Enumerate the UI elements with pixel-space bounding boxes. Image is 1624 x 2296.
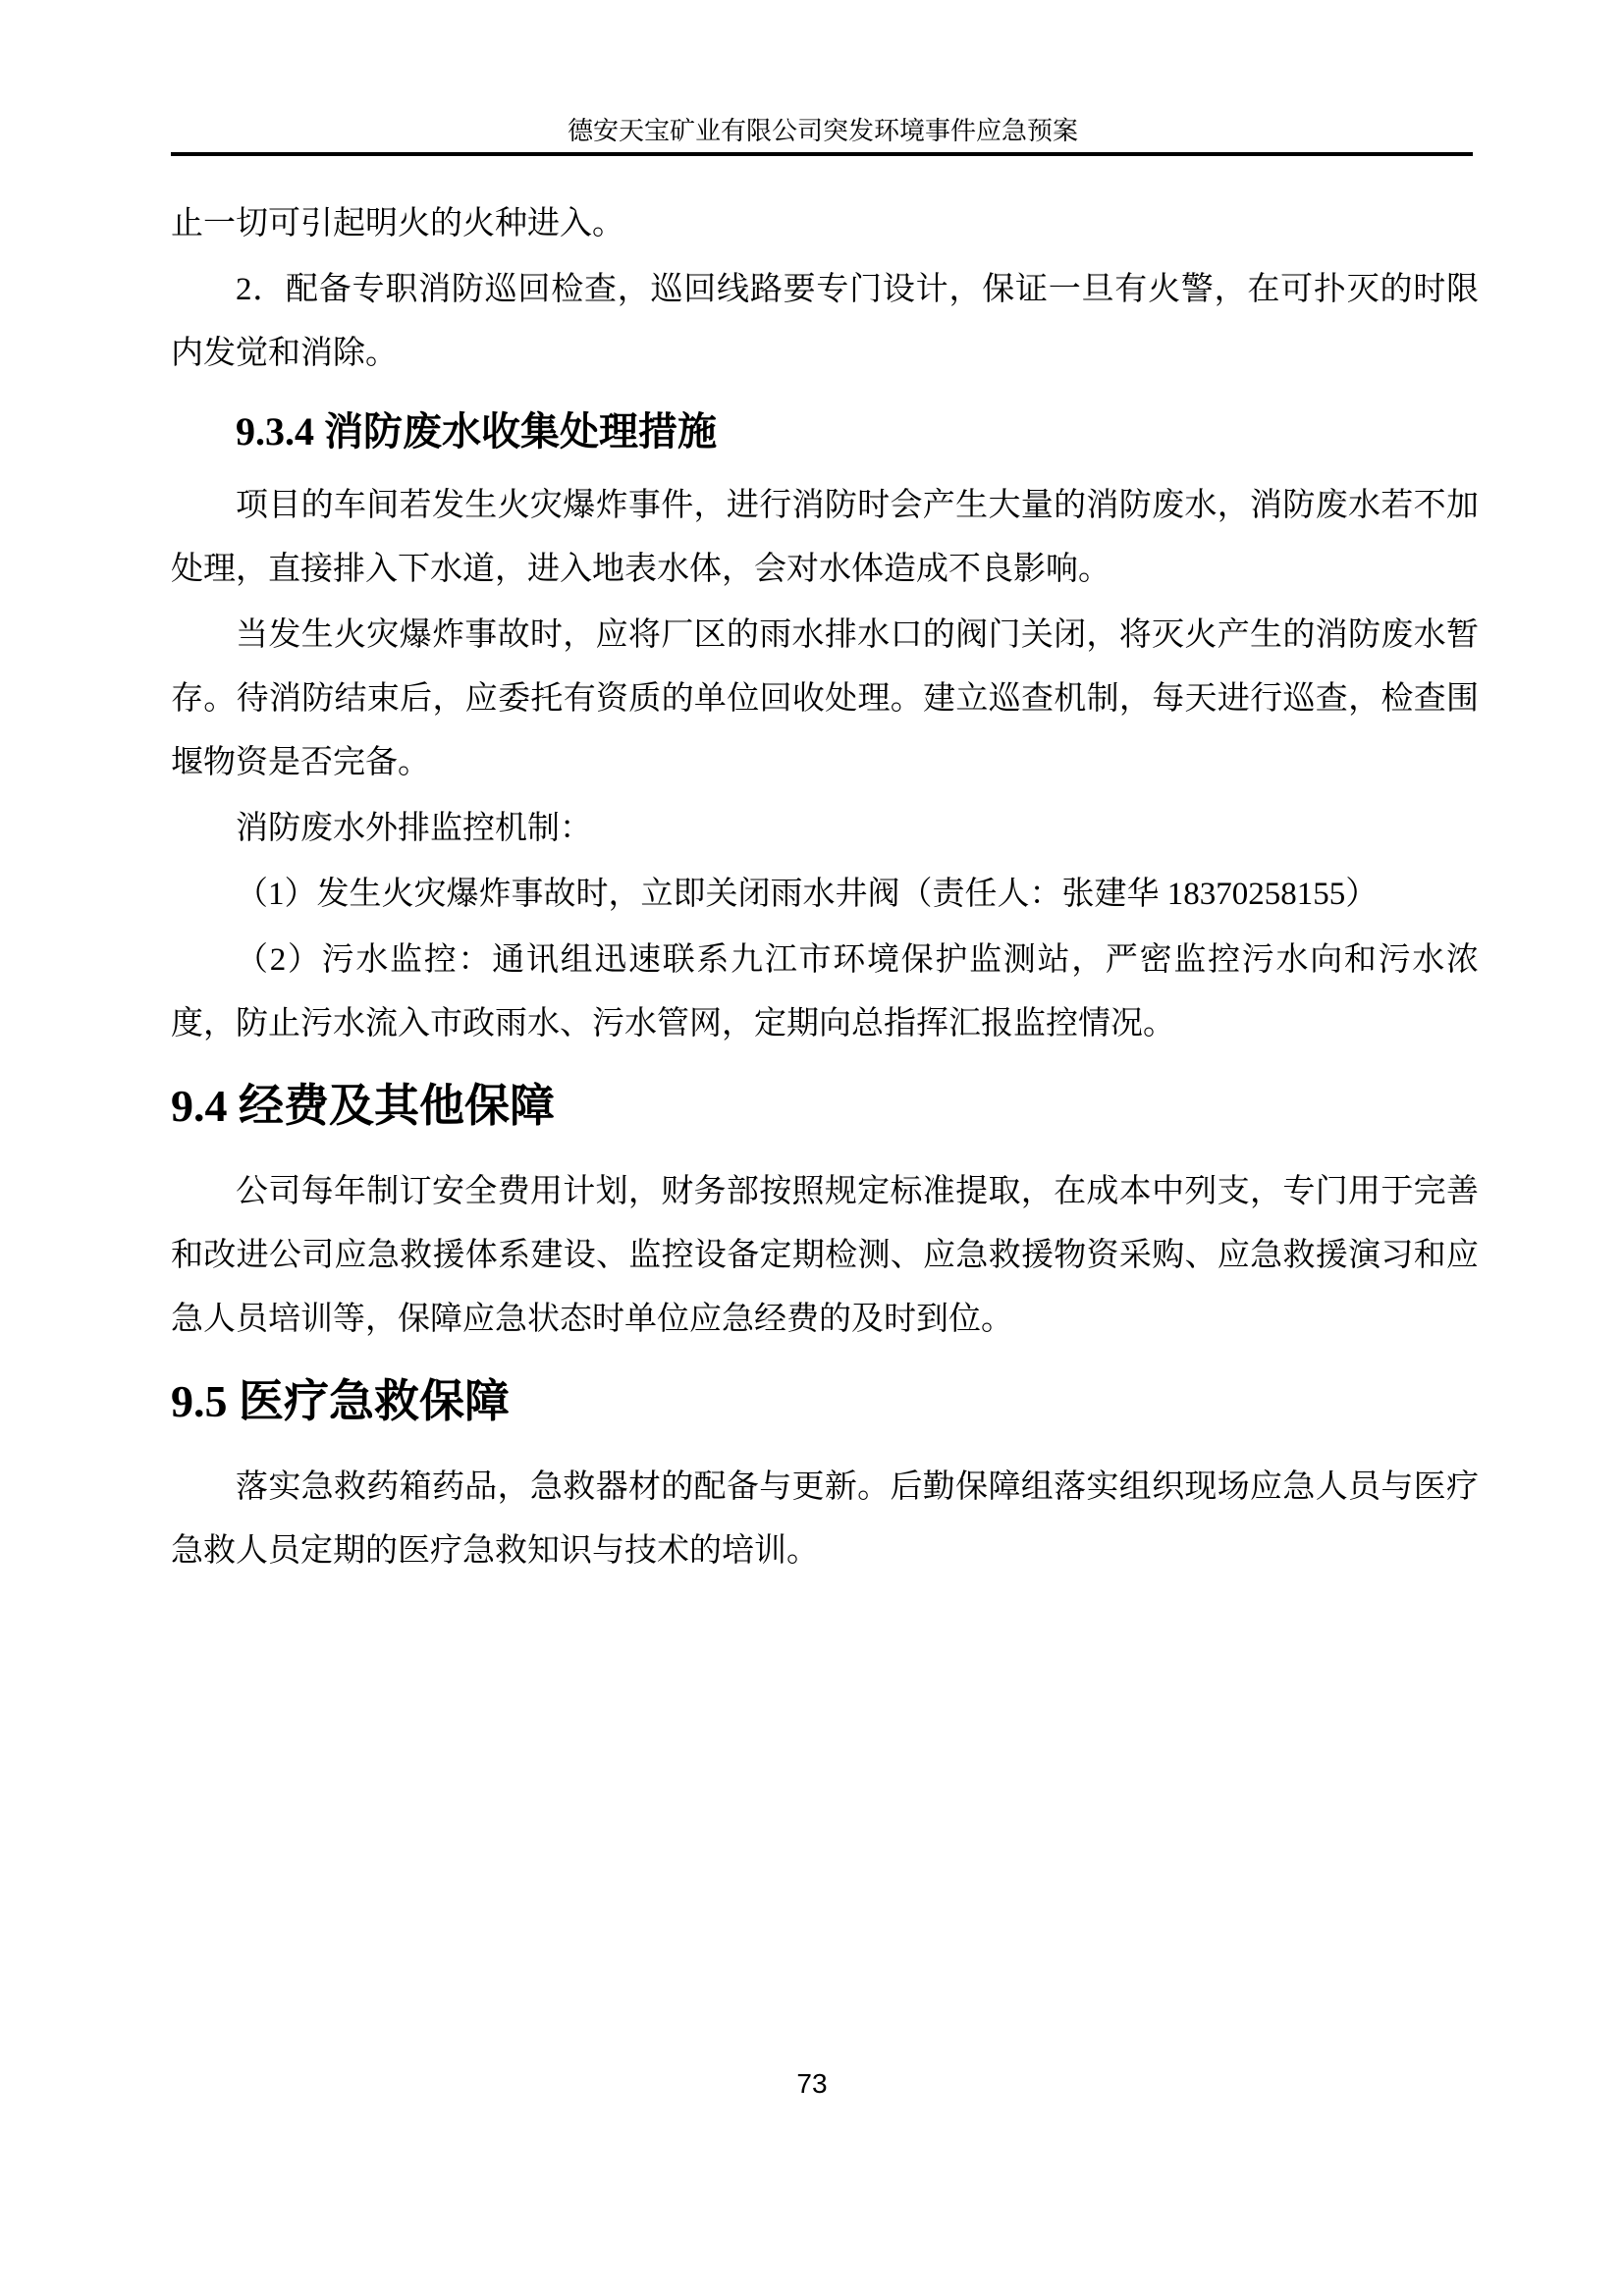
section-heading-9-3-4: 9.3.4 消防废水收集处理措施	[236, 398, 1479, 466]
page-body: 止一切可引起明火的火种进入。 2．配备专职消防巡回检查，巡回线路要专门设计，保证…	[171, 192, 1479, 1585]
section-heading-9-4: 9.4 经费及其他保障	[171, 1068, 1479, 1145]
document-page: 德安天宝矿业有限公司突发环境事件应急预案 止一切可引起明火的火种进入。 2．配备…	[0, 0, 1624, 2296]
paragraph-continuation: 止一切可引起明火的火种进入。	[171, 192, 1479, 256]
paragraph-monitoring-mechanism-label: 消防废水外排监控机制：	[171, 797, 1479, 861]
paragraph-funding-guarantee: 公司每年制订安全费用计划，财务部按照规定标准提取，在成本中列支，专门用于完善和改…	[171, 1160, 1479, 1352]
paragraph-fire-patrol: 2．配备专职消防巡回检查，巡回线路要专门设计，保证一旦有火警，在可扑灭的时限内发…	[171, 258, 1479, 386]
paragraph-valve-closing: 当发生火灾爆炸事故时，应将厂区的雨水排水口的阀门关闭，将灭火产生的消防废水暂存。…	[171, 604, 1479, 795]
document-title: 德安天宝矿业有限公司突发环境事件应急预案	[171, 116, 1475, 147]
paragraph-firefighting-wastewater-intro: 项目的车间若发生火灾爆炸事件，进行消防时会产生大量的消防废水，消防废水若不加处理…	[171, 474, 1479, 602]
page-number: 73	[0, 2067, 1624, 2101]
section-heading-9-5: 9.5 医疗急救保障	[171, 1363, 1479, 1440]
paragraph-item-2: （2）污水监控：通讯组迅速联系九江市环境保护监测站，严密监控污水向和污水浓度，防…	[171, 929, 1479, 1056]
paragraph-item-1: （1）发生火灾爆炸事故时，立即关闭雨水井阀（责任人：张建华 1837025815…	[171, 863, 1479, 927]
header-rule	[171, 152, 1473, 156]
paragraph-medical-rescue: 落实急救药箱药品，急救器材的配备与更新。后勤保障组落实组织现场应急人员与医疗急救…	[171, 1456, 1479, 1583]
